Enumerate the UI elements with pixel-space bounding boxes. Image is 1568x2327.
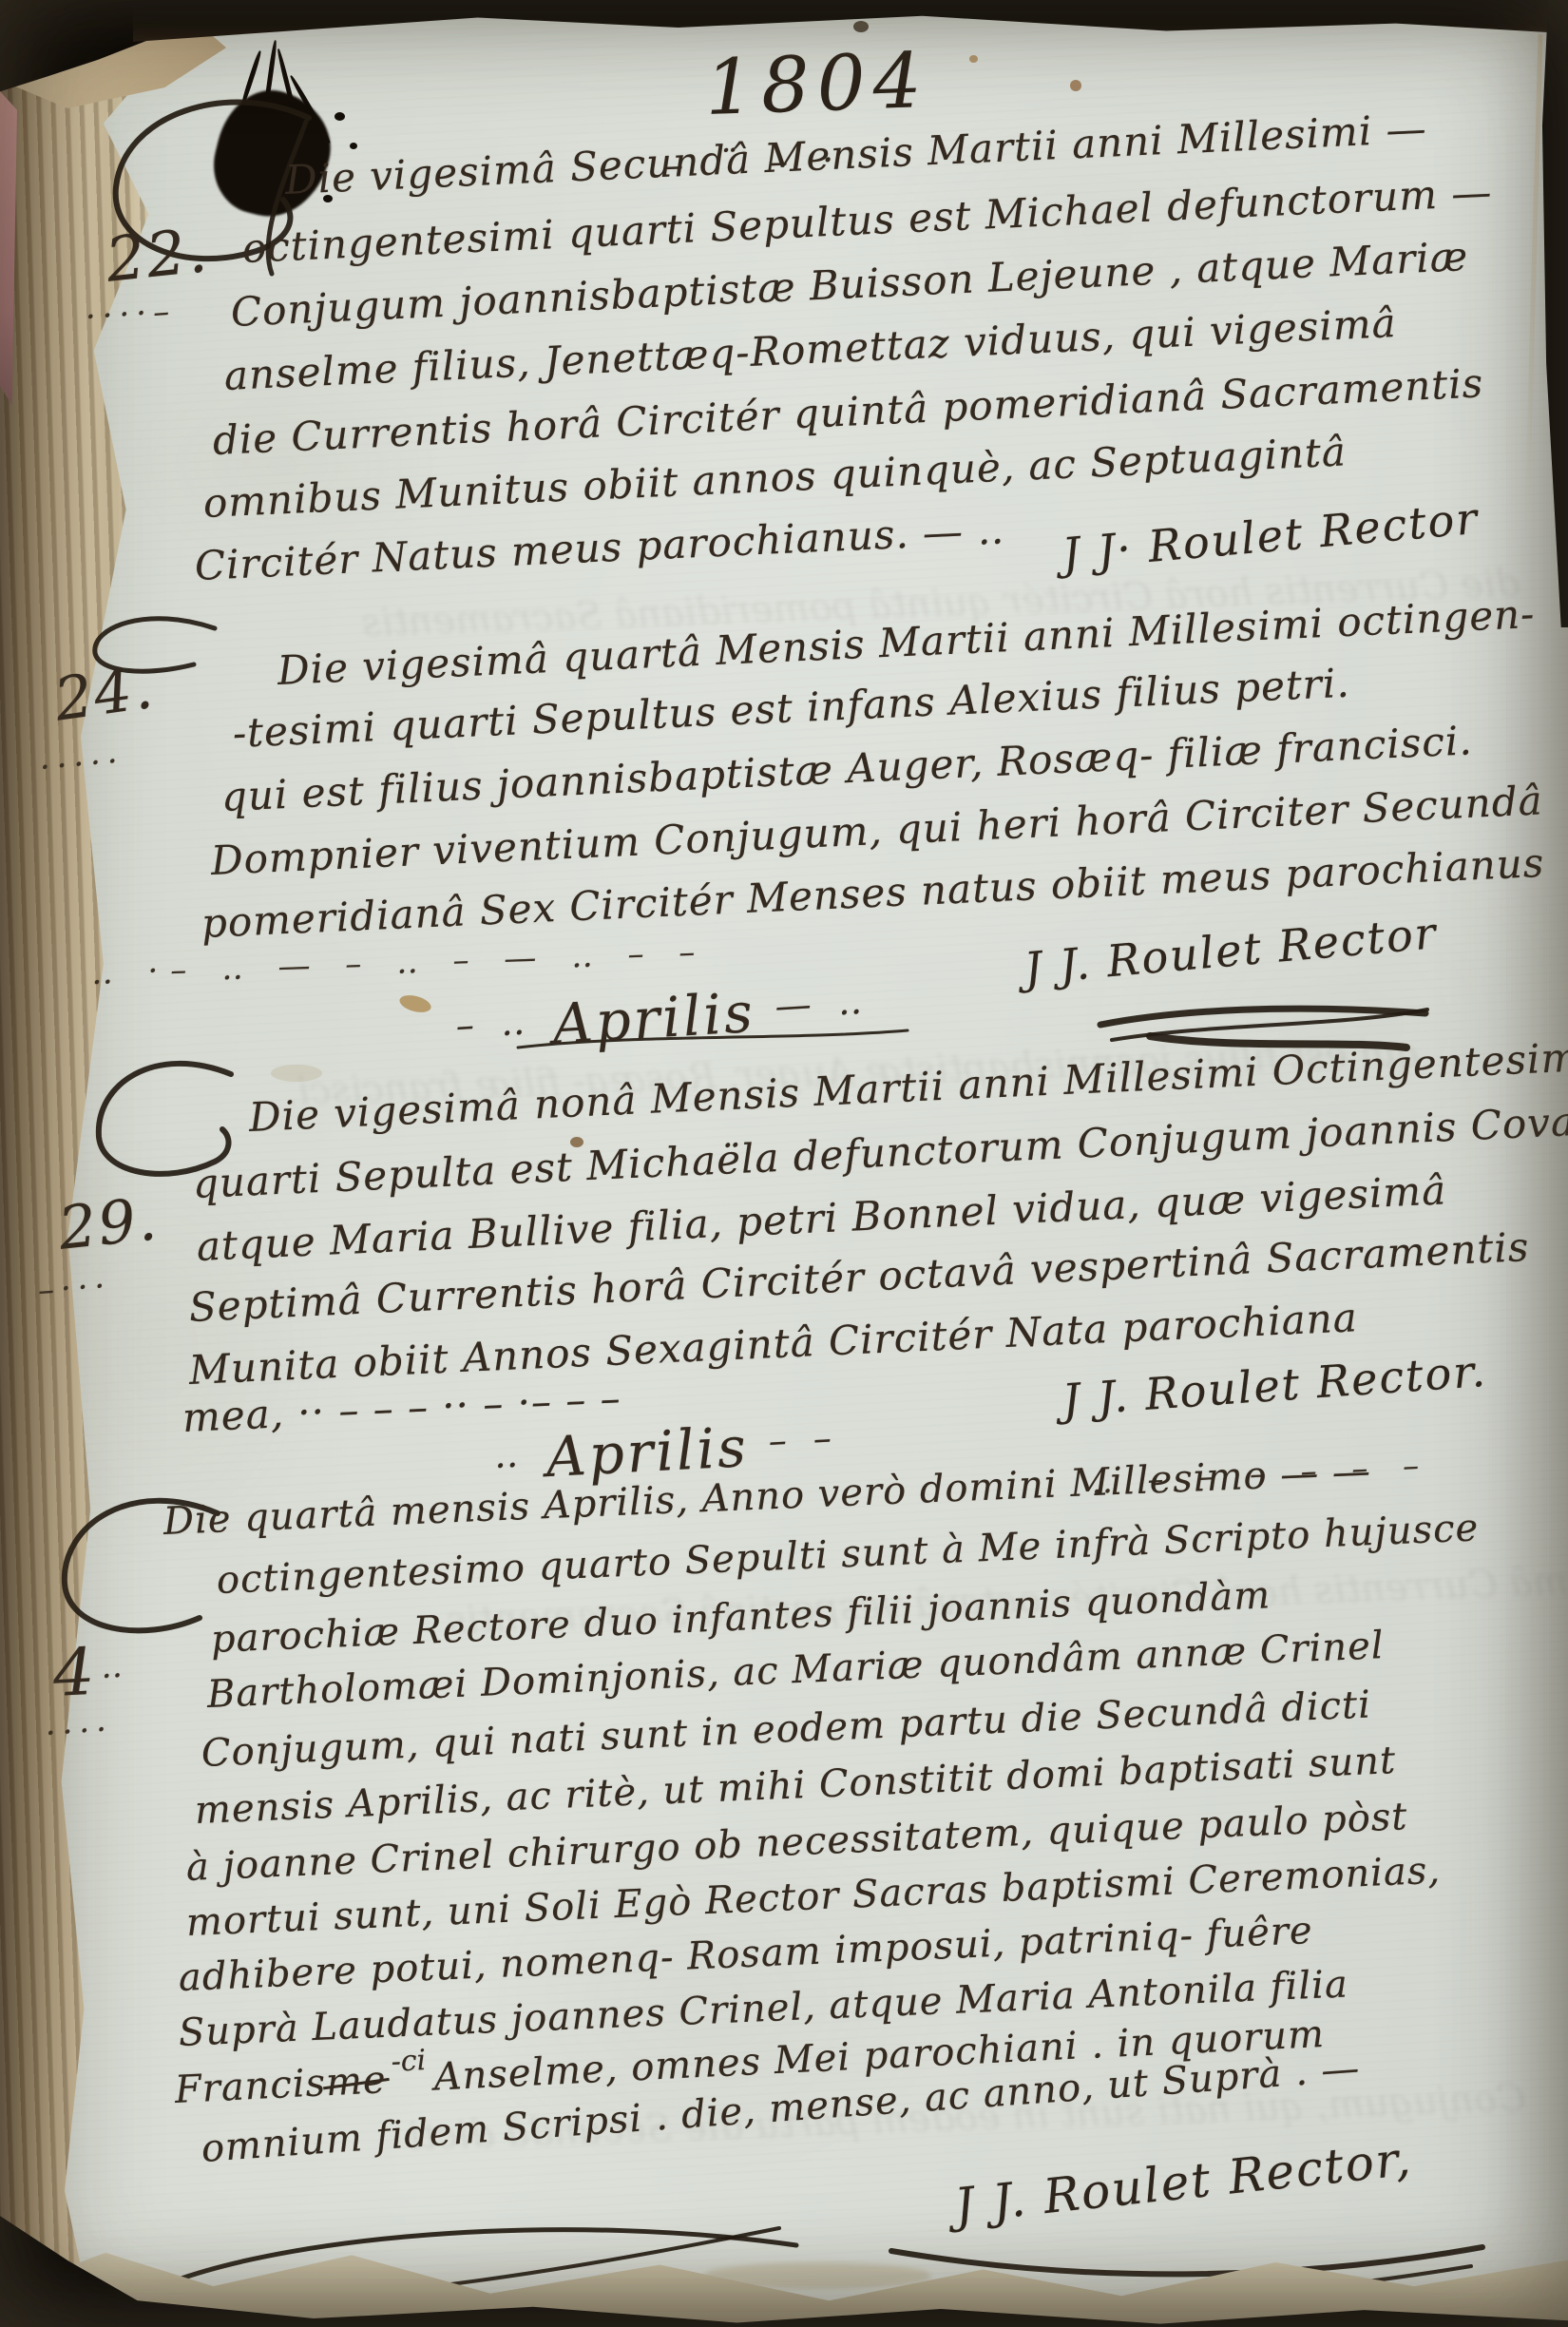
entry-4-number: 4 bbox=[51, 1635, 98, 1712]
entry-22-margin-marks: ····– bbox=[85, 292, 178, 337]
interlinear-correction: -ci bbox=[391, 2044, 427, 2079]
heading-decor-right: – – bbox=[768, 1416, 840, 1462]
entry-4-margin-marks: ···· bbox=[45, 1710, 115, 1753]
entry-24-number: 24. bbox=[50, 652, 159, 735]
heading-decor-left: ‥ bbox=[493, 1433, 527, 1476]
struck-text: me bbox=[325, 2058, 388, 2105]
year-heading: 1804 bbox=[703, 36, 930, 132]
heading-decor-left: – ‥ bbox=[454, 1000, 533, 1047]
register-page-photo: die Currentis horâ Circitér quintâ pomer… bbox=[0, 0, 1568, 2327]
entry-4-number-dots: ‥ bbox=[100, 1646, 130, 1685]
corrected-line-pre: Francis bbox=[174, 2061, 327, 2112]
heading-decor-right: — ‥ bbox=[774, 979, 870, 1027]
entry-22-number: 22. bbox=[103, 216, 212, 297]
entry-29-margin-marks: –··· bbox=[37, 1267, 113, 1310]
heading-label: Aprilis bbox=[551, 980, 757, 1057]
entry-29-number: 29. bbox=[55, 1183, 162, 1263]
entry-24-margin-marks: ····· bbox=[38, 741, 125, 787]
